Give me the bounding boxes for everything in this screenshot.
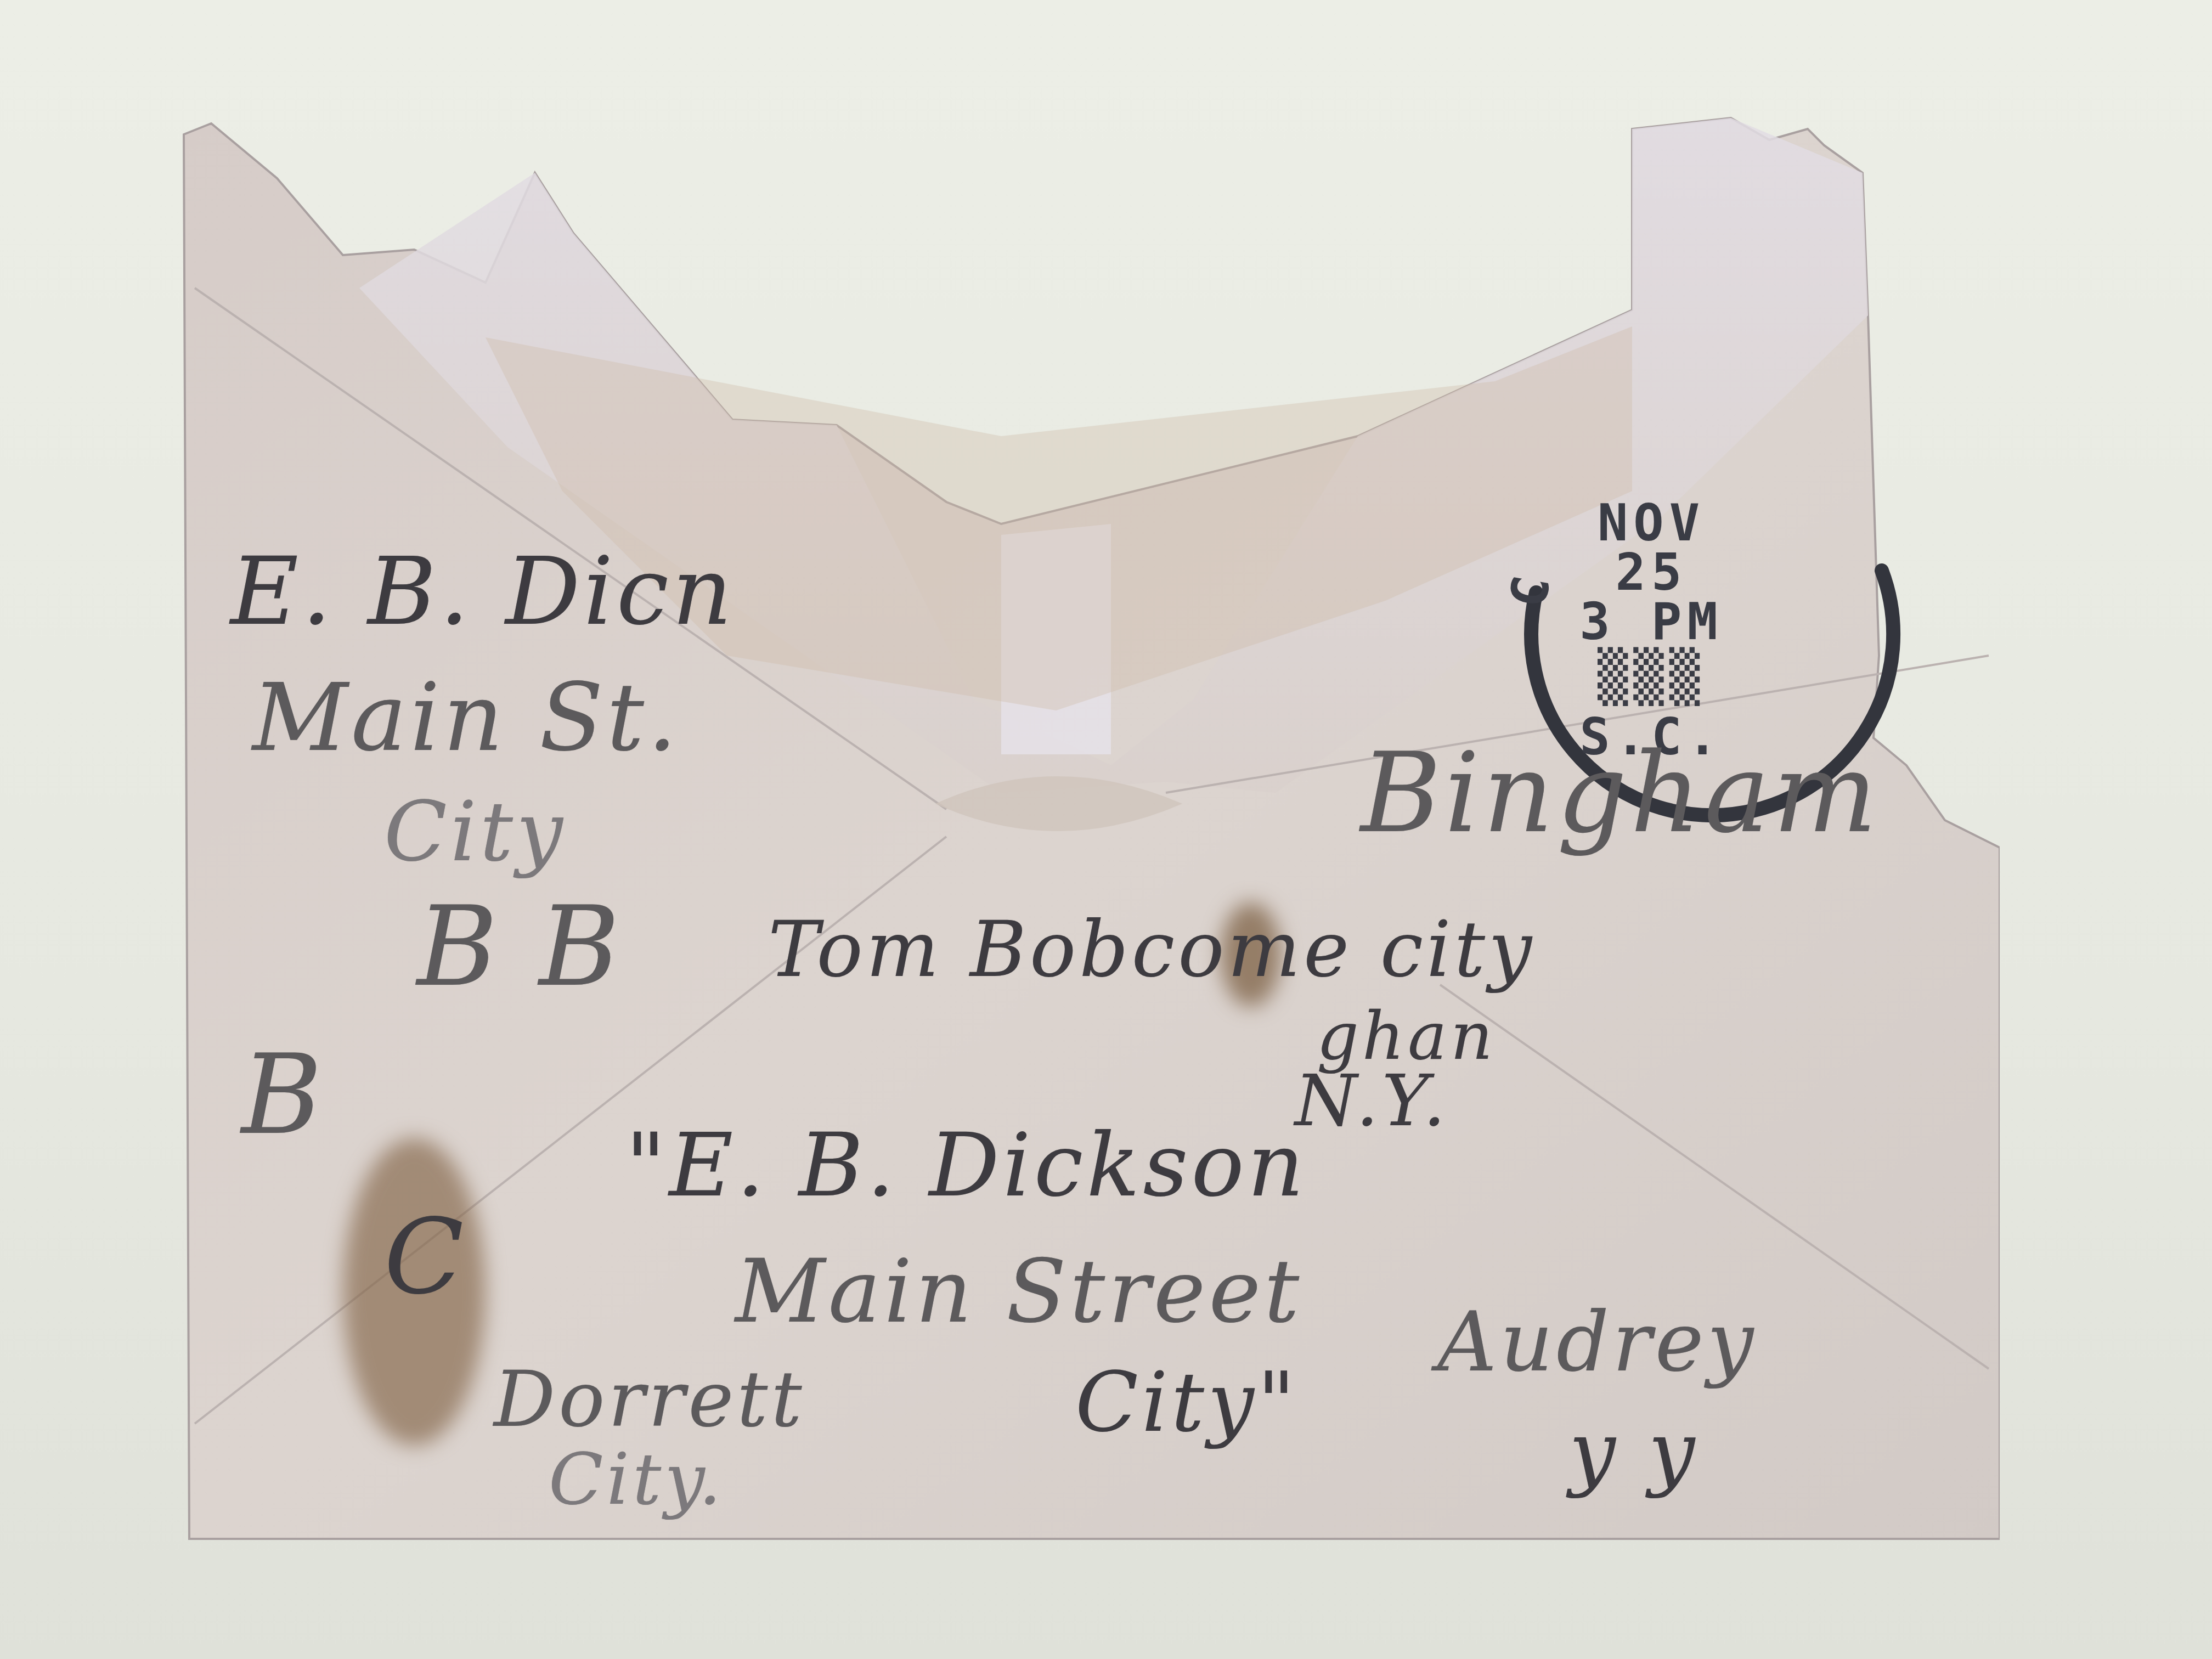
handwriting-left-b: B — [241, 1031, 325, 1159]
postmark-year: ▒▒▒ — [1542, 647, 1761, 706]
handwriting-address-line1: "E. B. Dickson — [625, 1114, 1307, 1216]
handwriting-initials: B B — [417, 883, 623, 1011]
handwriting-address-line3: City" — [1075, 1355, 1299, 1451]
handwriting-state-abbrev: N.Y. — [1295, 1059, 1449, 1142]
handwriting-address-line2: Main Street — [735, 1240, 1302, 1342]
handwriting-signature: Audrey — [1437, 1295, 1757, 1390]
handwriting-bingham: Bingham — [1361, 730, 1880, 857]
handwriting-name-line: Tom Bobcome city — [768, 905, 1535, 995]
handwriting-bottom-left-line2: City. — [549, 1437, 725, 1521]
handwriting-closing: y y — [1569, 1404, 1698, 1500]
postmark-time: 3 PM — [1542, 592, 1761, 651]
handwriting-top-left-line3: City — [384, 785, 566, 880]
handwriting-bottom-left-line1: Dorrett — [494, 1355, 805, 1444]
handwriting-top-left-line2: Main St. — [252, 664, 680, 772]
handwriting-top-left-line1: E. B. Dicn — [230, 538, 736, 646]
handwriting-stain-letter: C — [384, 1196, 467, 1317]
